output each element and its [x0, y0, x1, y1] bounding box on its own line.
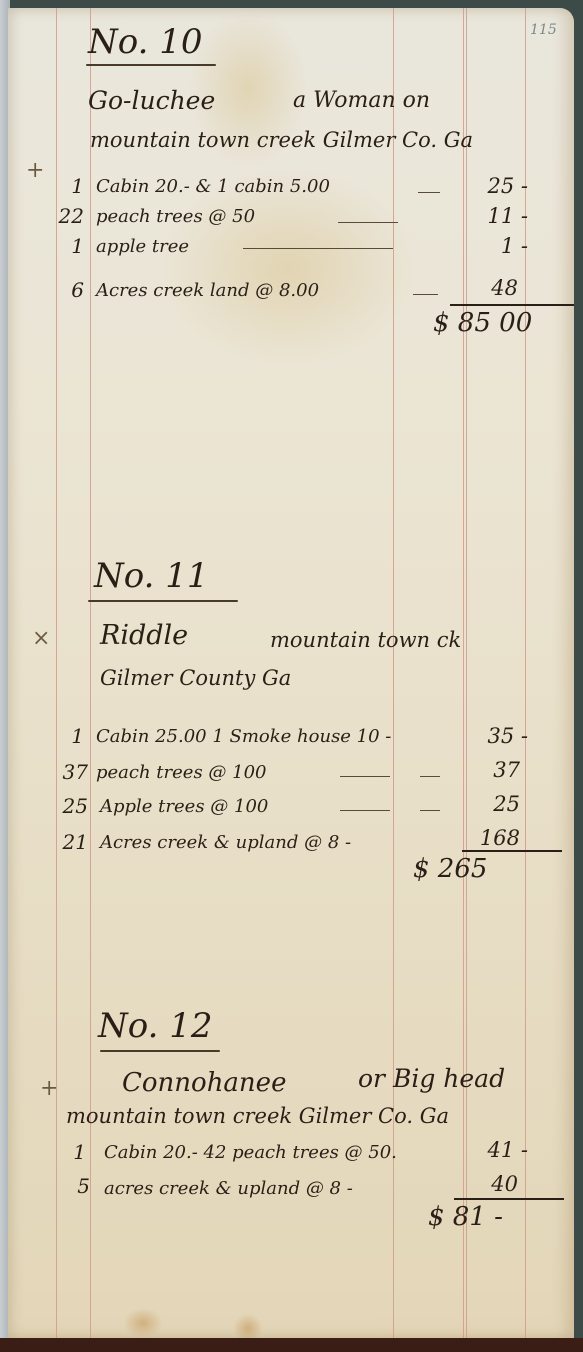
desc-rule [393, 8, 394, 1338]
item-description: acres creek & upland @ 8 - [104, 1178, 353, 1199]
sum-line [462, 850, 562, 852]
amount-rule-left-double [466, 8, 467, 1338]
water-stain [158, 168, 418, 368]
leader-dash [340, 810, 390, 811]
item-description: apple tree [96, 236, 189, 257]
item-amount: 11 - [478, 204, 528, 228]
item-description: Apple trees @ 100 [100, 796, 268, 817]
page-number: 115 [530, 22, 557, 38]
entry-total: $ 85 00 [433, 308, 532, 338]
item-amount: 35 - [478, 724, 528, 748]
item-qty: 1 [56, 1140, 86, 1164]
item-amount: 168 [470, 826, 520, 850]
entry-total: $ 81 - [428, 1202, 503, 1232]
item-description: peach trees @ 100 [96, 762, 266, 783]
item-qty: 1 [54, 174, 84, 198]
entry-location: mountain town creek Gilmer Co. Ga [90, 128, 473, 152]
item-amount: 40 [468, 1172, 518, 1196]
item-qty: 1 [54, 234, 84, 258]
ledger-page: 115 No. 10 Go-luchee a Woman on mountain… [8, 8, 574, 1338]
entry-location: Gilmer County Ga [100, 666, 291, 690]
item-qty: 1 [54, 724, 84, 748]
sum-line [450, 304, 574, 306]
item-description: peach trees @ 50 [96, 206, 255, 227]
entry-name-suffix: mountain town ck [270, 628, 461, 652]
item-qty: 6 [54, 278, 84, 302]
item-qty: 22 [54, 204, 84, 228]
item-amount: 48 [468, 276, 518, 300]
leader-dash [420, 776, 440, 777]
item-description: Acres creek & upland @ 8 - [100, 832, 351, 853]
item-description: Acres creek land @ 8.00 [96, 280, 319, 301]
leader-dash [413, 294, 438, 295]
entry-name-suffix: or Big head [358, 1064, 505, 1093]
sum-line [454, 1198, 564, 1200]
item-qty: 25 [58, 794, 88, 818]
leader-dash [340, 776, 390, 777]
item-qty: 37 [58, 760, 88, 784]
margin-mark: + [40, 1076, 58, 1101]
margin-mark: + [26, 158, 44, 183]
entry-total: $ 265 [413, 854, 487, 884]
item-amount: 25 [470, 792, 520, 816]
qty-rule [90, 8, 91, 1338]
entry-number: No. 11 [94, 556, 209, 596]
leader-dash [418, 192, 440, 193]
item-amount: 1 - [478, 234, 528, 258]
item-description: Cabin 20.- 42 peach trees @ 50. [104, 1142, 397, 1163]
item-amount: 41 - [478, 1138, 528, 1162]
entry-location: mountain town creek Gilmer Co. Ga [66, 1104, 449, 1128]
heading-underline [88, 600, 238, 602]
entry-name: Riddle [100, 620, 188, 651]
entry-name-suffix: a Woman on [293, 88, 430, 113]
amount-rule-left [463, 8, 464, 1338]
item-description: Cabin 25.00 1 Smoke house 10 - [96, 726, 391, 747]
item-qty: 21 [58, 830, 88, 854]
leader-dash [243, 248, 393, 249]
item-amount: 37 [470, 758, 520, 782]
leader-dash [338, 222, 398, 223]
heading-underline [86, 64, 216, 66]
item-qty: 5 [60, 1174, 90, 1198]
leader-dash [420, 810, 440, 811]
item-description: Cabin 20.- & 1 cabin 5.00 [96, 176, 330, 197]
entry-number: No. 10 [88, 22, 203, 62]
item-amount: 25 - [478, 174, 528, 198]
book-cover-edge [0, 1338, 583, 1352]
entry-name: Connohanee [122, 1068, 286, 1098]
entry-number: No. 12 [98, 1006, 213, 1046]
heading-underline [100, 1050, 220, 1052]
margin-mark: × [32, 626, 50, 651]
ink-stain [123, 1308, 163, 1338]
entry-name: Go-luchee [88, 86, 215, 115]
